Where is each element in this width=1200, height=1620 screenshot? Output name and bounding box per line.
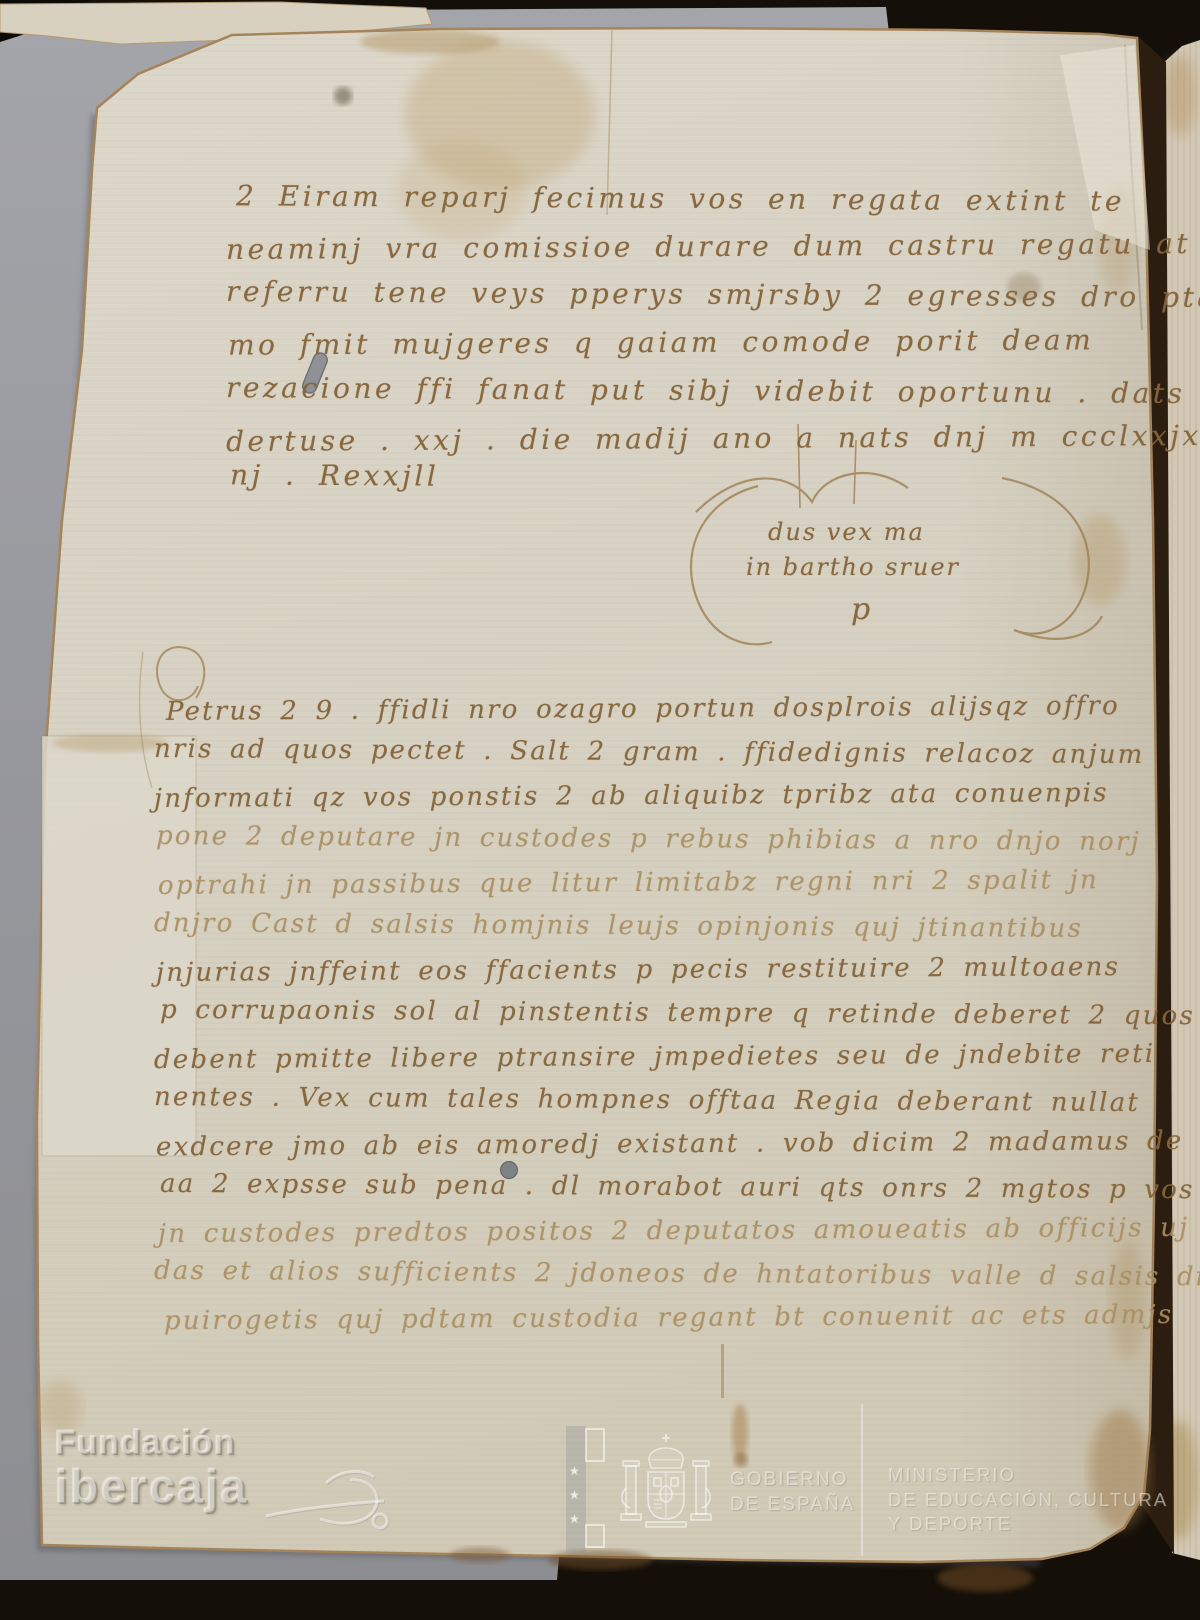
archival-photo-scene: 2 Eiram reparj fecimus vos en regata ext…: [0, 0, 1200, 1620]
gobierno-watermark: GOBIERNO DE ESPAÑA: [730, 1470, 855, 1520]
manuscript-line: 2 Eiram reparj fecimus vos en regata ext…: [236, 179, 1125, 217]
ministerio-line3: Y DEPORTE: [888, 1515, 1168, 1534]
manuscript-line: dertuse . xxj . die madij ano a nats dnj…: [226, 419, 1200, 458]
gobierno-line2: DE ESPAÑA: [730, 1495, 855, 1514]
manuscript-line: p corrupaonis sol al pinstentis tempre q…: [160, 995, 1195, 1031]
manuscript-line: jnjurias jnffeint eos ffacients p pecis …: [156, 952, 1120, 988]
star-icon: ★: [569, 1464, 580, 1478]
manuscript-line: neaminj vra comissioe durare dum castru …: [226, 227, 1191, 266]
manuscript-line: jn custodes predtos positos 2 deputatos …: [158, 1213, 1190, 1249]
manuscript-line: referru tene veys pperys smjrsby 2 egres…: [226, 275, 1200, 314]
manuscript-line: aa 2 expsse sub pena . dl morabot auri q…: [160, 1169, 1195, 1205]
ministerio-line1: MINISTERIO: [888, 1466, 1168, 1485]
ibercaja-line1: Fundación: [55, 1426, 249, 1460]
stars-banner-icon: ★ ★ ★: [566, 1426, 586, 1554]
manuscript-line: dnjro Cast d salsis homjnis leujs opinjo…: [154, 908, 1083, 944]
ministerio-line2: DE EDUCACIÓN, CULTURA: [888, 1491, 1168, 1510]
ibercaja-line2: ibercaja: [55, 1463, 249, 1510]
manuscript-line: jnformati qz vos ponstis 2 ab aliquibz t…: [154, 778, 1109, 814]
star-icon: ★: [569, 1512, 580, 1526]
star-icon: ★: [569, 1488, 580, 1502]
manuscript-line: exdcere jmo ab eis amoredj existant . vo…: [156, 1126, 1200, 1163]
manuscript-line: mo fmit mujgeres q gaiam comode porit de…: [228, 323, 1094, 361]
ibercaja-swoosh-icon: [262, 1462, 398, 1542]
manuscript-line: pone 2 deputare jn custodes p rebus phib…: [156, 821, 1141, 857]
patch-top-smear: [52, 734, 168, 752]
manuscript-line: optrahi jn passibus que litur limitabz r…: [158, 865, 1099, 901]
ibercaja-watermark: Fundación ibercaja: [55, 1426, 249, 1510]
spain-coat-of-arms-icon: [618, 1430, 714, 1550]
ministerio-watermark: MINISTERIO DE EDUCACIÓN, CULTURA Y DEPOR…: [888, 1466, 1168, 1540]
manuscript-line: rezacione ffi fanat put sibj videbit opo…: [226, 371, 1186, 410]
manuscript-line: nj . Rexxjll: [230, 458, 439, 492]
fore-edge-stain: [1164, 55, 1196, 135]
banner-box-top: [585, 1428, 605, 1462]
manuscript-line: puirogetis quj pdtam custodia regant bt …: [164, 1300, 1174, 1336]
manuscript-line: nentes . Vex cum tales hompnes offtaa Re…: [154, 1082, 1140, 1118]
gobierno-line1: GOBIERNO: [730, 1470, 855, 1489]
signature-line: dus vex ma: [768, 518, 925, 546]
signature-line: p: [851, 592, 872, 627]
signature-line: in bartho sruer: [746, 553, 960, 581]
banner-box-bottom: [585, 1524, 605, 1548]
manuscript-line: nris ad quos pectet . Salt 2 gram . ffid…: [154, 734, 1145, 770]
watermark-divider: [861, 1404, 863, 1556]
manuscript-line: Petrus 2 9 . ffidli nro ozagro portun do…: [166, 691, 1120, 727]
manuscript-line: debent pmitte libere ptransire jmpediete…: [154, 1039, 1156, 1075]
